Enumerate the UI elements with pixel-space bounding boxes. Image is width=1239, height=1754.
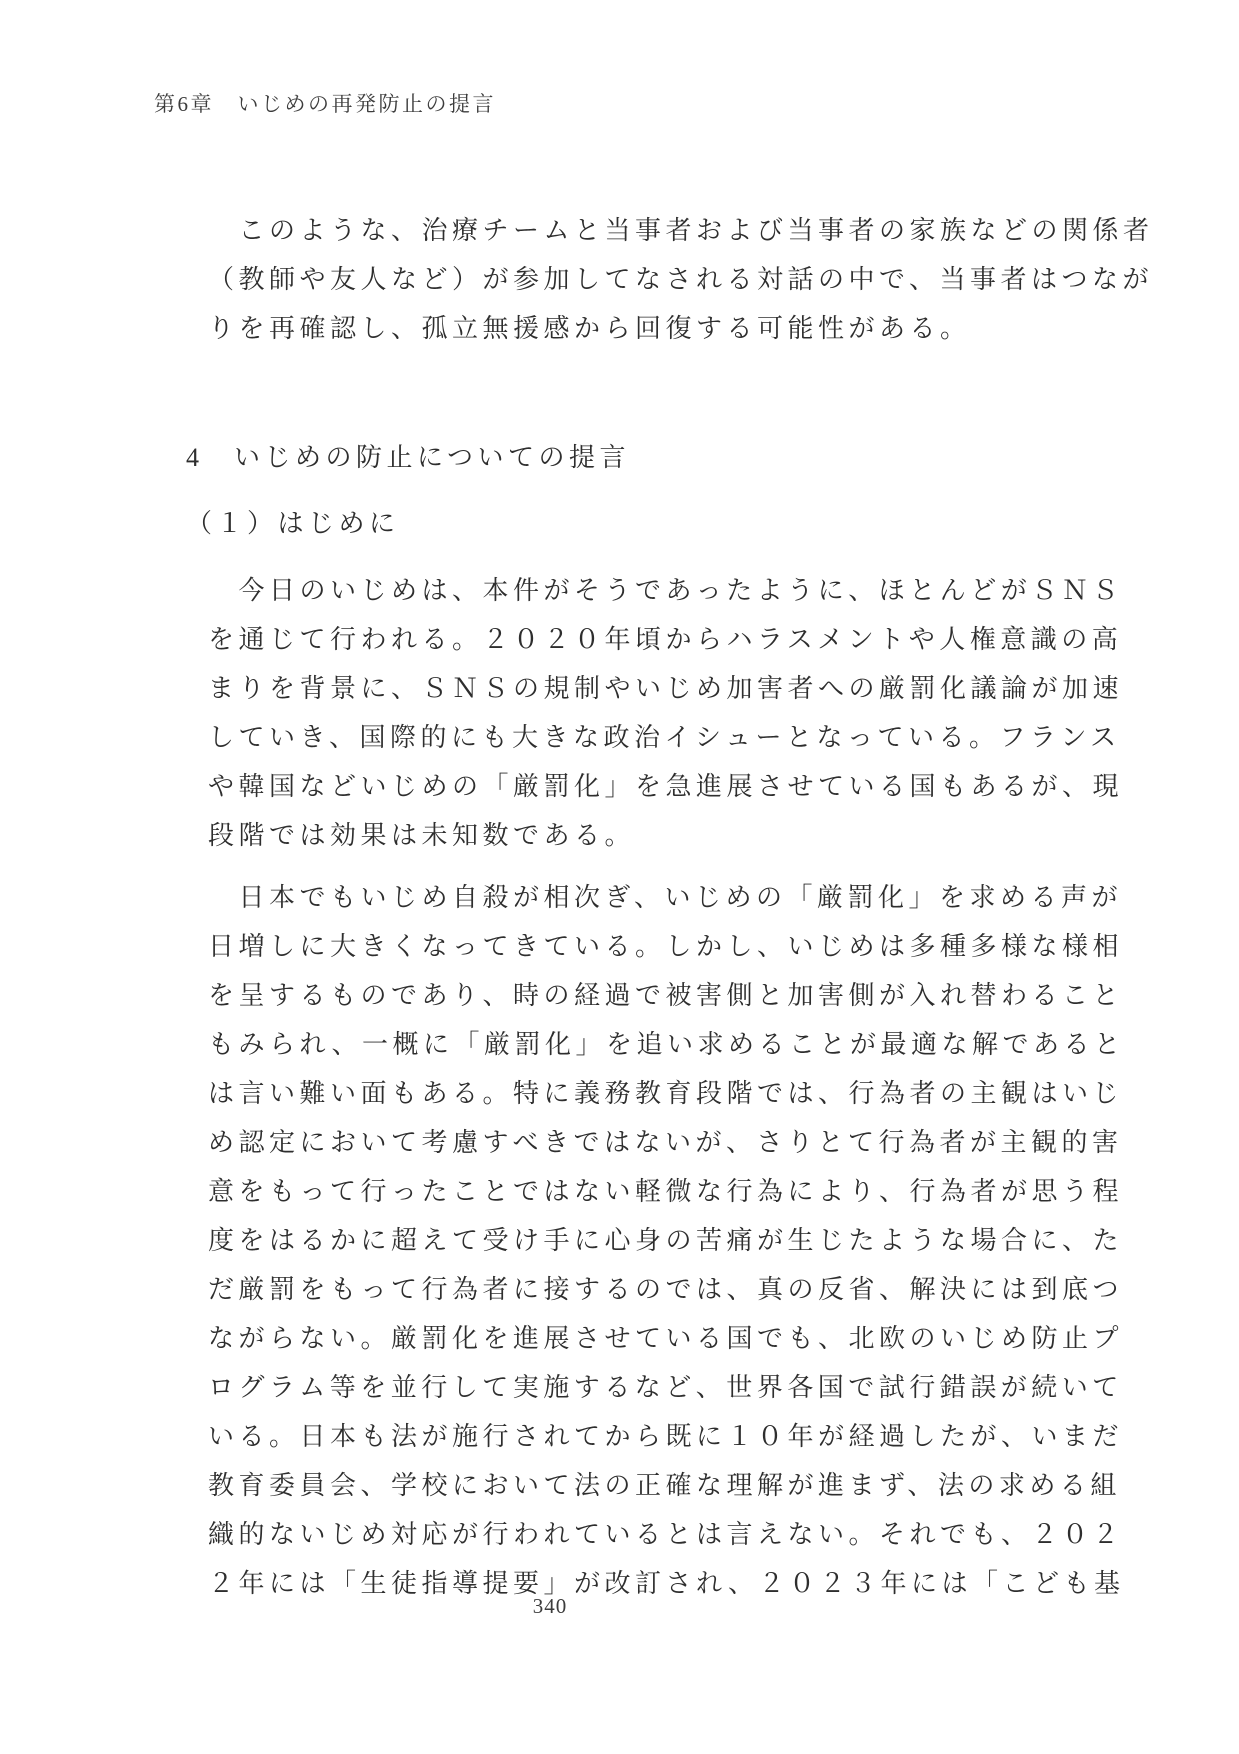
text-line: を通じて行われる。２０２０年頃からハラスメントや人権意識の高 [208,615,1088,664]
intro-paragraph-2: 日本でもいじめ自殺が相次ぎ、いじめの「厳罰化」を求める声が日増しに大きくなってき… [208,873,1088,1608]
text-line: 今日のいじめは、本件がそうであったように、ほとんどがＳＮＳ [208,566,1088,615]
text-line: だ厳罰をもって行為者に接するのでは、真の反省、解決には到底つ [208,1265,1088,1314]
chapter-running-header: 第6章 いじめの再発防止の提言 [154,88,496,118]
text-line: りを再確認し、孤立無援感から回復する可能性がある。 [208,304,1088,353]
text-line: 織的ないじめ対応が行われているとは言えない。それでも、２０２ [208,1510,1088,1559]
text-line: 教育委員会、学校において法の正確な理解が進まず、法の求める組 [208,1461,1088,1510]
text-line: まりを背景に、ＳＮＳの規制やいじめ加害者への厳罰化議論が加速 [208,664,1088,713]
text-line: 意をもって行ったことではない軽微な行為により、行為者が思う程 [208,1167,1088,1216]
closing-paragraph: このような、治療チームと当事者および当事者の家族などの関係者（教師や友人など）が… [208,206,1088,353]
text-line: ２年には「生徒指導提要」が改訂され、２０２３年には「こども基 [208,1559,1088,1608]
text-line: （教師や友人など）が参加してなされる対話の中で、当事者はつなが [208,255,1088,304]
text-line: ログラム等を並行して実施するなど、世界各国で試行錯誤が続いて [208,1363,1088,1412]
subsection1-heading: （１）はじめに [186,506,1066,542]
section4-heading: 4 いじめの防止についての提言 [186,440,1066,476]
text-line: 度をはるかに超えて受け手に心身の苦痛が生じたような場合に、た [208,1216,1088,1265]
text-line: もみられ、一概に「厳罰化」を追い求めることが最適な解であると [208,1020,1088,1069]
text-line: 段階では効果は未知数である。 [208,811,1088,860]
page-number: 340 [495,1594,605,1619]
text-line: 日増しに大きくなってきている。しかし、いじめは多種多様な様相 [208,922,1088,971]
text-line: このような、治療チームと当事者および当事者の家族などの関係者 [208,206,1088,255]
text-line: を呈するものであり、時の経過で被害側と加害側が入れ替わること [208,971,1088,1020]
text-line: 日本でもいじめ自殺が相次ぎ、いじめの「厳罰化」を求める声が [208,873,1088,922]
text-line: していき、国際的にも大きな政治イシューとなっている。フランス [208,713,1088,762]
document-page: 第6章 いじめの再発防止の提言 このような、治療チームと当事者および当事者の家族… [0,0,1239,1754]
text-line: いる。日本も法が施行されてから既に１０年が経過したが、いまだ [208,1412,1088,1461]
text-line: や韓国などいじめの「厳罰化」を急進展させている国もあるが、現 [208,762,1088,811]
intro-paragraph-1: 今日のいじめは、本件がそうであったように、ほとんどがＳＮＳを通じて行われる。２０… [208,566,1088,860]
text-line: は言い難い面もある。特に義務教育段階では、行為者の主観はいじ [208,1069,1088,1118]
text-line: め認定において考慮すべきではないが、さりとて行為者が主観的害 [208,1118,1088,1167]
text-line: ながらない。厳罰化を進展させている国でも、北欧のいじめ防止プ [208,1314,1088,1363]
